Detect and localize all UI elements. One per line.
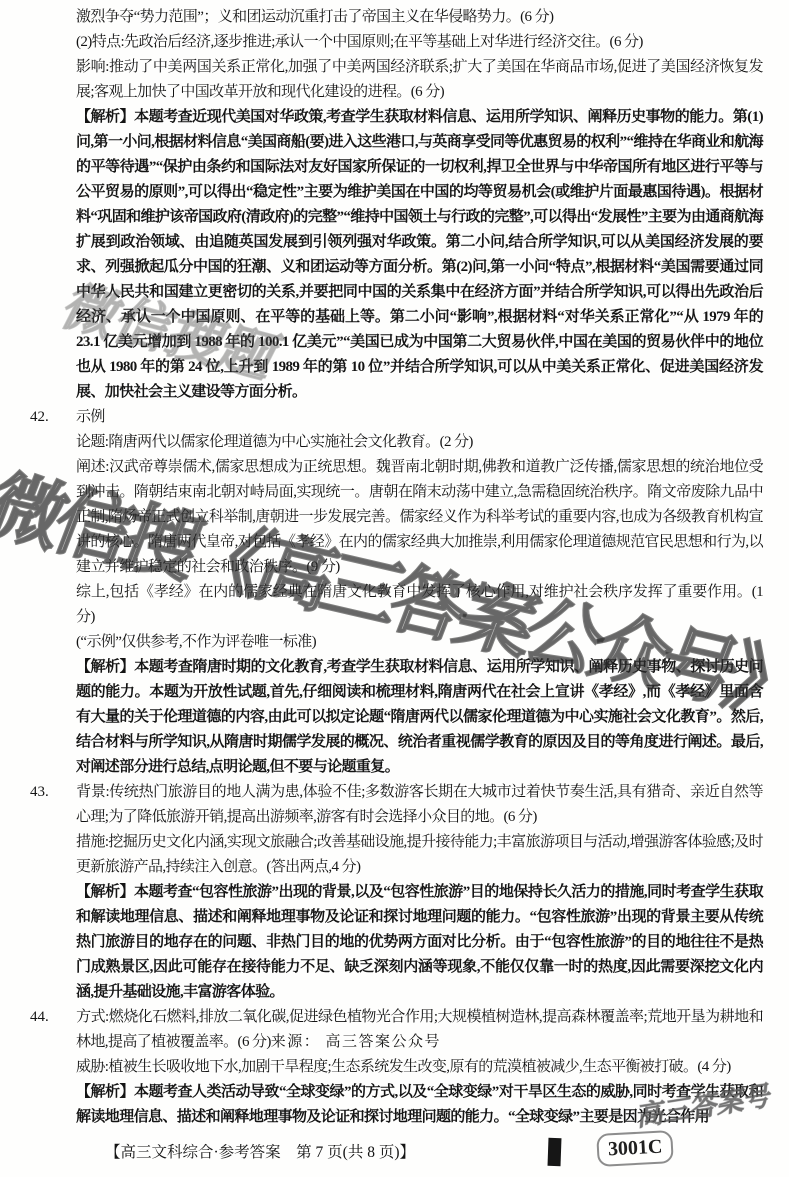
source-note: 来源： 高三答案公众号 [271,1034,441,1050]
paragraph-text: 阐述:汉武帝尊崇儒术,儒家思想成为正统思想。魏晋南北朝时期,佛教和道教广泛传播,… [76,459,763,575]
paragraph-text: 威胁:植被生长吸收地下水,加剧干旱程度;生态系统发生改变,原有的荒漠植被减少,生… [76,1059,731,1075]
answer-paragraph: 阐述:汉武帝尊崇儒术,儒家思想成为正统思想。魏晋南北朝时期,佛教和道教广泛传播,… [76,455,763,580]
footer-page-info: 【高三文科综合·参考答案 第 7 页(共 8 页)】 [30,1140,490,1162]
question-number: 42. [30,405,76,430]
answer-paragraph: 影响:推动了中美两国关系正常化,加强了中美两国经济联系;扩大了美国在华商品市场,… [76,55,763,105]
question-number: 44. [30,1005,76,1030]
paragraph-text: 影响:推动了中美两国关系正常化,加强了中美两国经济联系;扩大了美国在华商品市场,… [76,59,763,100]
answer-paragraph: 措施:挖掘历史文化内涵,实现文旅融合;改善基础设施,提升接待能力;丰富旅游项目与… [76,830,763,880]
answer-paragraph: (2)特点:先政治后经济,逐步推进;承认一个中国原则;在平等基础上对华进行经济交… [76,30,763,55]
question-number: 43. [30,780,76,805]
paragraph-text: 示例 [76,409,105,425]
answer-paragraph: 综上,包括《孝经》在内的儒家经典在隋唐文化教育中发挥了核心作用,对维护社会秩序发… [76,580,763,630]
paragraph-text: 论题:隋唐两代以儒家伦理道德为中心实施社会文化教育。(2 分) [76,434,473,450]
paragraph-text: 背景:传统热门旅游目的地人满为患,体验不佳;多数游客长期在大城市过着快节奏生活,… [76,784,763,825]
answer-paragraph: 论题:隋唐两代以儒家伦理道德为中心实施社会文化教育。(2 分) [76,430,763,455]
paragraph-text: 综上,包括《孝经》在内的儒家经典在隋唐文化教育中发挥了核心作用,对维护社会秩序发… [76,584,763,625]
paragraph-text: 【解析】本题考查“包容性旅游”出现的背景,以及“包容性旅游”目的地保持长久活力的… [76,884,763,1000]
answer-paragraph: (“示例”仅供参考,不作为评卷唯一标准) [76,630,763,655]
answer-paragraph-q42: 42.示例 [76,405,763,430]
paragraph-text: 【解析】本题考查人类活动导致“全球变绿”的方式,以及“全球变绿”对干旱区生态的威… [76,1084,763,1125]
paragraph-text: (“示例”仅供参考,不作为评卷唯一标准) [76,634,316,650]
answer-paragraph-q44: 44.方式:燃烧化石燃料,排放二氧化碳,促进绿色植物光合作用;大规模植树造林,提… [76,1005,763,1055]
paragraph-text: 【解析】本题考查隋唐时期的文化教育,考查学生获取材料信息、运用所学知识、阐释历史… [76,659,763,775]
ink-blot-mark [548,1138,562,1166]
analysis-paragraph: 【解析】本题考查“包容性旅游”出现的背景,以及“包容性旅游”目的地保持长久活力的… [76,880,763,1005]
answer-content: 激烈争夺“势力范围”；义和团运动沉重打击了帝国主义在华侵略势力。(6 分) (2… [0,0,789,1130]
analysis-paragraph: 【解析】本题考查近现代美国对华政策,考查学生获取材料信息、运用所学知识、阐释历史… [76,105,763,405]
analysis-paragraph: 【解析】本题考查人类活动导致“全球变绿”的方式,以及“全球变绿”对干旱区生态的威… [76,1080,763,1130]
paragraph-text: 措施:挖掘历史文化内涵,实现文旅融合;改善基础设施,提升接待能力;丰富旅游项目与… [76,834,763,875]
analysis-paragraph: 【解析】本题考查隋唐时期的文化教育,考查学生获取材料信息、运用所学知识、阐释历史… [76,655,763,780]
answer-sheet-page: 激烈争夺“势力范围”；义和团运动沉重打击了帝国主义在华侵略势力。(6 分) (2… [0,0,789,1177]
paragraph-text: 激烈争夺“势力范围”；义和团运动沉重打击了帝国主义在华侵略势力。(6 分) [76,9,553,25]
answer-paragraph-q43: 43.背景:传统热门旅游目的地人满为患,体验不佳;多数游客长期在大城市过着快节奏… [76,780,763,830]
paragraph-text: 【解析】本题考查近现代美国对华政策,考查学生获取材料信息、运用所学知识、阐释历史… [76,109,763,400]
answer-paragraph: 激烈争夺“势力范围”；义和团运动沉重打击了帝国主义在华侵略势力。(6 分) [76,5,763,30]
answer-paragraph: 威胁:植被生长吸收地下水,加剧干旱程度;生态系统发生改变,原有的荒漠植被减少,生… [76,1055,763,1080]
paper-code-badge: 3001C [596,1130,674,1167]
paragraph-text: (2)特点:先政治后经济,逐步推进;承认一个中国原则;在平等基础上对华进行经济交… [76,34,643,50]
